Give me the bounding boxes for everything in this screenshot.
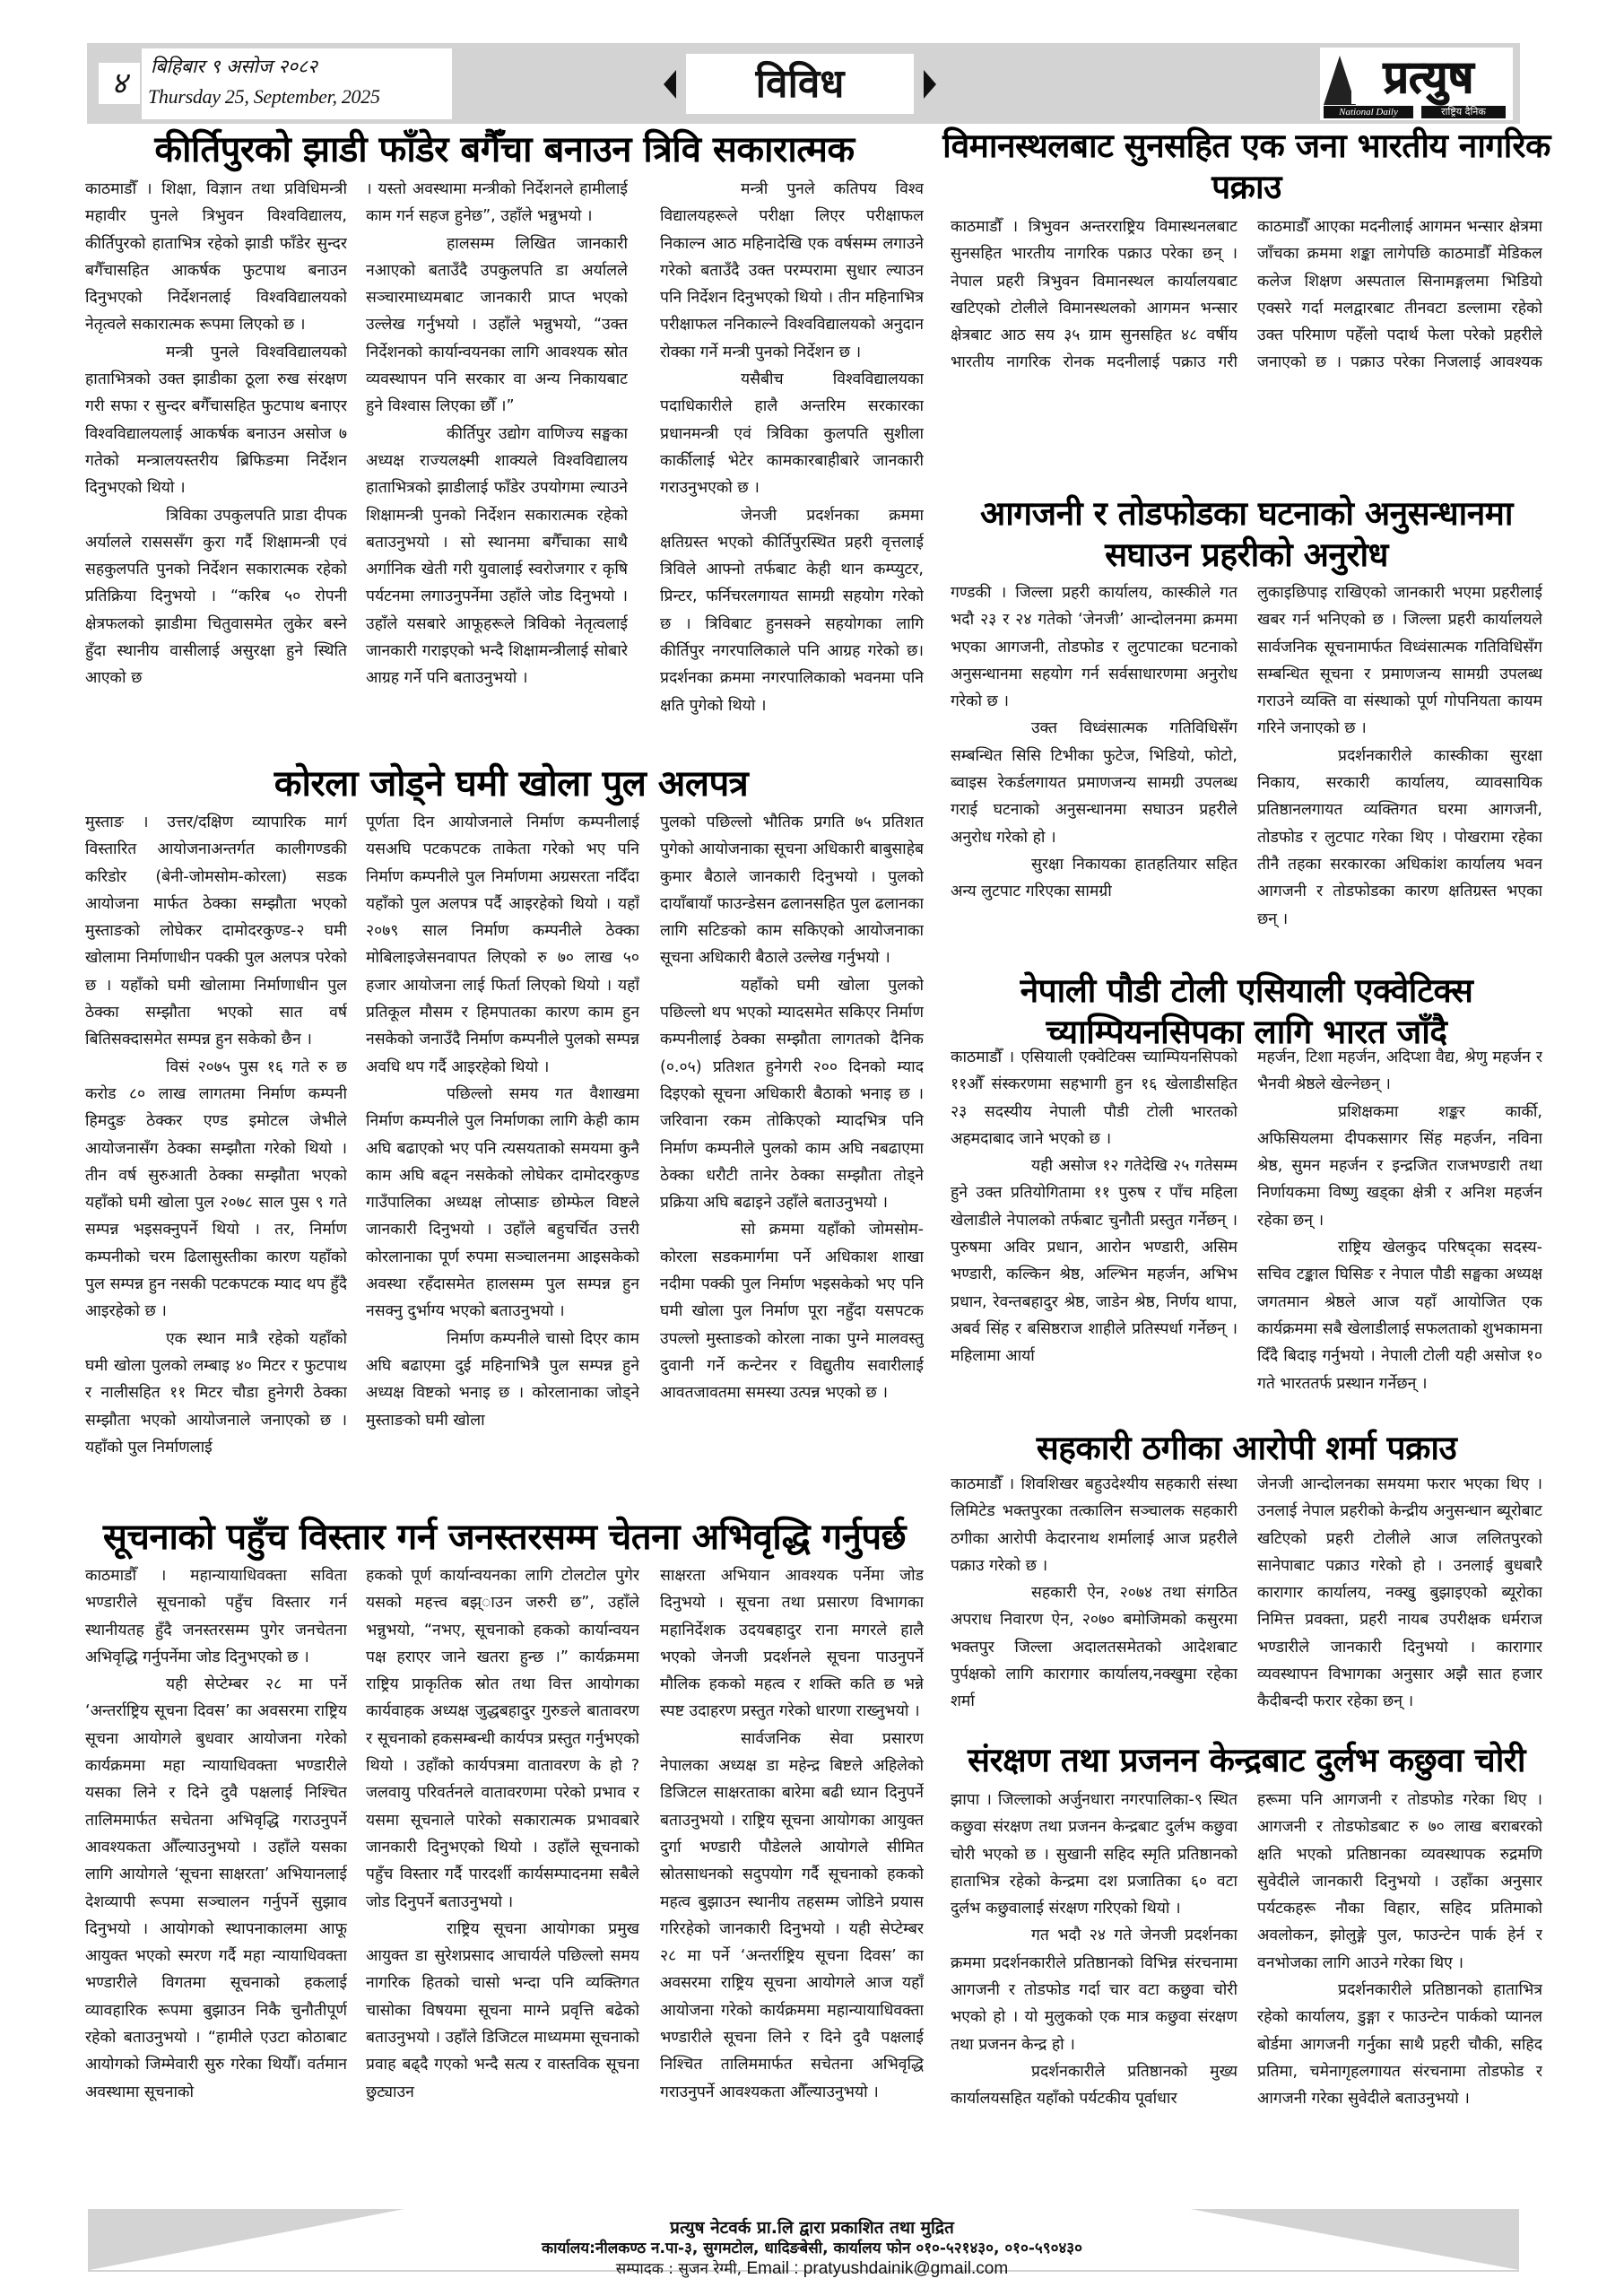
article-sahakari-col-2: जेनजी आन्दोलनका समयमा फरार भएका थिए । उन… xyxy=(1257,1471,1542,1735)
article-korala-col-1: मुस्ताङ । उत्तर/दक्षिण व्यापारिक मार्ग व… xyxy=(85,809,347,1491)
paragraph: निर्माण कम्पनीले चासो दिएर काम अघि बढाएम… xyxy=(366,1326,639,1434)
article-suchana-col-1: काठमाडौँ । महान्यायाधिवक्ता सविता भण्डार… xyxy=(85,1562,347,2199)
paragraph: एक स्थान मात्रै रहेको यहाँको घमी खोला पु… xyxy=(85,1326,347,1461)
headline-kachhuwa: संरक्षण तथा प्रजनन केन्द्रबाट दुर्लभ कछु… xyxy=(937,1740,1556,1781)
prev-section-arrow-icon xyxy=(664,70,676,99)
headline-bimanstal: विमानस्थलबाट सुनसहित एक जना भारतीय नागरि… xyxy=(937,126,1556,208)
paragraph: कीर्तिपुर उद्योग वाणिज्य सङ्घका अध्यक्ष … xyxy=(366,421,628,692)
paragraph: काठमाडौँ आएका मदनीलाई आगमन भन्सार क्षेत्… xyxy=(1257,213,1542,375)
paragraph: हरूमा पनि आगजनी र तोडफोड गरेका थिए । आगज… xyxy=(1257,1787,1542,1977)
paragraph: गत भदौ २४ गते जेनजी प्रदर्शनका क्रममा प्… xyxy=(951,1922,1238,2057)
paragraph: राष्ट्रिय खेलकुद परिषद्का सदस्य-सचिव टङ्… xyxy=(1257,1234,1542,1397)
article-kachhuwa-col-2: हरूमा पनि आगजनी र तोडफोड गरेका थिए । आगज… xyxy=(1257,1787,1542,2199)
paragraph: उक्त विध्वंसात्मक गतिविधिसँग सम्बन्धित स… xyxy=(951,715,1238,850)
paragraph: हकको पूर्ण कार्यान्वयनका लागि टोलटोल पुग… xyxy=(366,1562,639,1916)
paragraph: प्रदर्शनकारीले कास्कीका सुरक्षा निकाय, स… xyxy=(1257,743,1542,933)
footer-publisher: प्रत्युष नेटवर्क प्रा.लि द्वारा प्रकाशित… xyxy=(0,2215,1624,2239)
footer-email: Email : pratyushdainik@gmail.com xyxy=(746,2259,1008,2278)
footer-editor: सम्पादक : सुजन रेग्मी, xyxy=(616,2260,747,2278)
headline-aquatics: नेपाली पौडी टोली एसियाली एक्वेटिक्स च्या… xyxy=(937,970,1556,1053)
article-aquatics-col-1: काठमाडौँ । एसियाली एक्वेटिक्स च्याम्पियन… xyxy=(951,1044,1238,1421)
paragraph: त्रिविका उपकुलपति प्राडा दीपक अर्यालले र… xyxy=(85,502,347,692)
paragraph: यही सेप्टेम्बर २८ मा पर्ने ‘अन्तर्राष्ट्… xyxy=(85,1671,347,2106)
footer-editor-line: सम्पादक : सुजन रेग्मी, Email : pratyushd… xyxy=(0,2257,1624,2279)
paragraph: काठमाडौँ । शिवशिखर बहुउदेश्यीय सहकारी सं… xyxy=(951,1471,1238,1579)
paragraph: काठमाडौँ । शिक्षा, विज्ञान तथा प्रविधिमन… xyxy=(85,176,347,339)
headline-sahakari: सहकारी ठगीका आरोपी शर्मा पक्राउ xyxy=(937,1428,1556,1469)
next-section-arrow-icon xyxy=(924,70,936,99)
paragraph: सो क्रममा यहाँको जोमसोम-कोरला सडकमार्गमा… xyxy=(660,1216,924,1406)
article-korala-col-2: पूर्णता दिन आयोजनाले निर्माण कम्पनीलाई य… xyxy=(366,809,639,1491)
paragraph: सहकारी ऐन, २०७४ तथा संगठित अपराध निवारण … xyxy=(951,1579,1238,1715)
paragraph: लुकाइछिपाइ राखिएको जानकारी भएमा प्रहरीला… xyxy=(1257,579,1542,743)
paragraph: हालसम्म लिखित जानकारी नआएको बताउँदै उपकु… xyxy=(366,230,628,421)
article-suchana-col-3: साक्षरता अभियान आवश्यक पर्नेमा जोड दिनुभ… xyxy=(660,1562,924,2199)
section-title: विविध xyxy=(686,54,914,114)
paragraph: काठमाडौँ । महान्यायाधिवक्ता सविता भण्डार… xyxy=(85,1562,347,1671)
paragraph: प्रदर्शनकारीले प्रतिष्ठानको हाताभित्र रह… xyxy=(1257,1977,1542,2112)
article-kirtipur-col-1: काठमाडौँ । शिक्षा, विज्ञान तथा प्रविधिमन… xyxy=(85,176,347,759)
paragraph: राष्ट्रिय सूचना आयोगका प्रमुख आयुक्त डा … xyxy=(366,1916,639,2106)
paragraph: यसैबीच विश्वविद्यालयका पदाधिकारीले हालै … xyxy=(660,366,924,501)
article-suchana-col-2: हकको पूर्ण कार्यान्वयनका लागि टोलटोल पुग… xyxy=(366,1562,639,2199)
paragraph: विसं २०७५ पुस १६ गते रु छ करोड ८० लाख ला… xyxy=(85,1054,347,1326)
paragraph: काठमाडौँ । एसियाली एक्वेटिक्स च्याम्पियन… xyxy=(951,1044,1238,1152)
paragraph: मुस्ताङ । उत्तर/दक्षिण व्यापारिक मार्ग व… xyxy=(85,809,347,1054)
paragraph: पछिल्लो समय गत वैशाखमा निर्माण कम्पनीले … xyxy=(366,1081,639,1326)
paragraph: जेनजी प्रदर्शनका क्रममा क्षतिग्रस्त भएको… xyxy=(660,502,924,719)
article-kirtipur-col-2: । यस्तो अवस्थामा मन्त्रीको निर्देशनले हा… xyxy=(366,176,628,759)
article-korala-col-3: पुलको पछिल्लो भौतिक प्रगति ७५ प्रतिशत पु… xyxy=(660,809,924,1491)
paragraph: महर्जन, टिशा महर्जन, अदिप्शा वैद्य, श्रे… xyxy=(1257,1044,1542,1099)
date-english: Thursday 25, September, 2025 xyxy=(148,85,380,109)
page-number: ४ xyxy=(99,63,140,104)
date-nepali: बिहिबार ९ असोज २०८२ xyxy=(151,54,317,79)
article-sahakari-col-1: काठमाडौँ । शिवशिखर बहुउदेश्यीय सहकारी सं… xyxy=(951,1471,1238,1735)
newspaper-page: ४ बिहिबार ९ असोज २०८२ Thursday 25, Septe… xyxy=(0,0,1624,2296)
paragraph: यही असोज १२ गतेदेखि २५ गतेसम्म हुने उक्त… xyxy=(951,1152,1238,1370)
logo-tagline-np: राष्ट्रिय दैनिक xyxy=(1421,106,1506,118)
headline-aagajani: आगजनी र तोडफोडका घटनाको अनुसन्धानमा सघाउ… xyxy=(937,493,1556,576)
paragraph: प्रदर्शनकारीले प्रतिष्ठानको मुख्य कार्या… xyxy=(951,2058,1238,2113)
paragraph: झापा । जिल्लाको अर्जुनधारा नगरपालिका-९ स… xyxy=(951,1787,1238,1922)
article-aagajani-col-2: लुकाइछिपाइ राखिएको जानकारी भएमा प्रहरीला… xyxy=(1257,579,1542,965)
paragraph: गण्डकी । जिल्ला प्रहरी कार्यालय, कास्कील… xyxy=(951,579,1238,715)
logo-tagline-en: National Daily xyxy=(1324,106,1413,118)
headline-suchana: सूचनाको पहुँच विस्तार गर्न जनस्तरसम्म चे… xyxy=(85,1516,924,1559)
article-kachhuwa-col-1: झापा । जिल्लाको अर्जुनधारा नगरपालिका-९ स… xyxy=(951,1787,1238,2199)
paragraph: जेनजी आन्दोलनका समयमा फरार भएका थिए । उन… xyxy=(1257,1471,1542,1716)
article-aquatics-col-2: महर्जन, टिशा महर्जन, अदिप्शा वैद्य, श्रे… xyxy=(1257,1044,1542,1421)
paragraph: मन्त्री पुनले कतिपय विश्व विद्यालयहरूले … xyxy=(660,176,924,366)
headline-kirtipur: कीर्तिपुरको झाडी फाँडेर बगैँचा बनाउन त्र… xyxy=(85,128,924,171)
paragraph: सुरक्षा निकायका हातहतियार सहित अन्य लुटप… xyxy=(951,851,1238,906)
paragraph: पुलको पछिल्लो भौतिक प्रगति ७५ प्रतिशत पु… xyxy=(660,809,924,972)
article-kirtipur-col-3: मन्त्री पुनले कतिपय विश्व विद्यालयहरूले … xyxy=(660,176,924,759)
paragraph: काठमाडौँ । त्रिभुवन अन्तरराष्ट्रिय विमास… xyxy=(951,213,1238,375)
logo-name: प्रत्युष xyxy=(1351,50,1506,104)
paragraph: प्रशिक्षकमा शङ्कर कार्की, अफिसियलमा दीपक… xyxy=(1257,1099,1542,1234)
paragraph: यहाँको घमी खोला पुलको पछिल्लो थप भएको म्… xyxy=(660,972,924,1217)
article-aagajani-col-1: गण्डकी । जिल्ला प्रहरी कार्यालय, कास्कील… xyxy=(951,579,1238,965)
headline-korala: कोरला जोड्ने घमी खोला पुल अलपत्र xyxy=(251,762,771,805)
paragraph: । यस्तो अवस्थामा मन्त्रीको निर्देशनले हा… xyxy=(366,176,628,230)
article-bimanstal-col-2: काठमाडौँ आएका मदनीलाई आगमन भन्सार क्षेत्… xyxy=(1257,213,1542,375)
paragraph: पूर्णता दिन आयोजनाले निर्माण कम्पनीलाई य… xyxy=(366,809,639,1081)
paragraph: सार्वजनिक सेवा प्रसारण नेपालका अध्यक्ष ड… xyxy=(660,1726,924,2106)
paragraph: मन्त्री पुनले विश्वविद्यालयको हाताभित्रक… xyxy=(85,339,347,502)
footer-office: कार्यालय:नीलकण्ठ न.पा-३, सुगमटोल, धादिङब… xyxy=(0,2237,1624,2257)
article-bimanstal-col-1: काठमाडौँ । त्रिभुवन अन्तरराष्ट्रिय विमास… xyxy=(951,213,1238,375)
paragraph: साक्षरता अभियान आवश्यक पर्नेमा जोड दिनुभ… xyxy=(660,1562,924,1726)
